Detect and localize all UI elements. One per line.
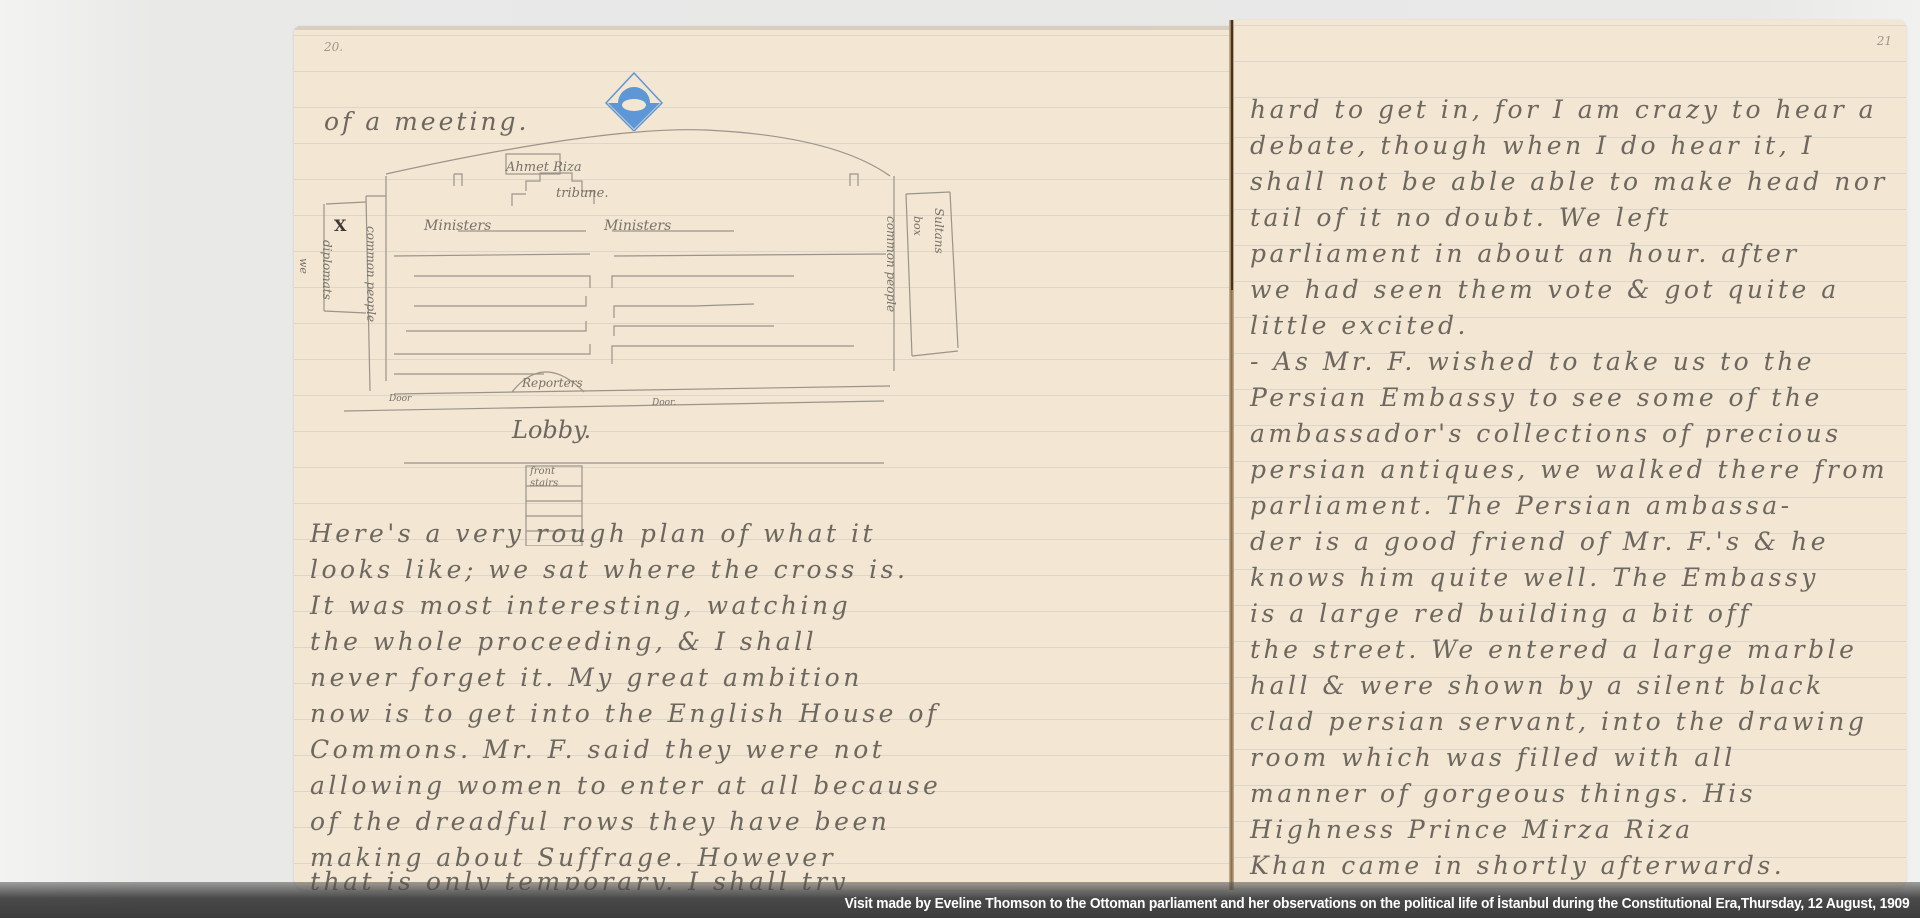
parliament-floor-plan-sketch: [294, 26, 1229, 546]
text-line: room which was filled with all: [1250, 740, 1888, 776]
sketch-label-lobby: Lobby.: [512, 416, 591, 444]
sketch-label-door-left: Door: [389, 394, 411, 404]
sketch-label-door-right: Door.: [652, 398, 676, 408]
text-line: we had seen them vote & got quite a: [1250, 272, 1888, 308]
text-line: shall not be able able to make head nor: [1250, 164, 1888, 200]
image-caption: Visit made by Eveline Thomson to the Ott…: [845, 895, 1910, 912]
text-line: is a large red building a bit off: [1250, 596, 1888, 632]
text-line: manner of gorgeous things. His: [1250, 776, 1888, 812]
right-page-text: hard to get in, for I am crazy to hear a…: [1250, 92, 1888, 888]
text-line: der is a good friend of Mr. F.'s & he: [1250, 524, 1888, 560]
text-line: little excited.: [1250, 308, 1888, 344]
text-line: Here's a very rough plan of what it: [310, 516, 941, 552]
text-line: debate, though when I do hear it, I: [1250, 128, 1888, 164]
sketch-label-common-people-left: common people: [364, 226, 378, 322]
image-caption-bar: Visit made by Eveline Thomson to the Ott…: [0, 882, 1920, 918]
right-page: 21 hard to get in, for I am crazy to hea…: [1234, 20, 1906, 888]
text-line: hall & were shown by a silent black: [1250, 668, 1888, 704]
text-line: It was most interesting, watching: [310, 588, 941, 624]
text-line: Khan came in shortly afterwards.: [1250, 848, 1888, 884]
sketch-label-president: Ahmet Riza: [506, 160, 582, 175]
text-line: of the dreadful rows they have been: [310, 804, 941, 840]
text-line: never forget it. My great ambition: [310, 660, 941, 696]
text-line: - As Mr. F. wished to take us to the: [1250, 344, 1888, 380]
text-line: Persian Embassy to see some of the: [1250, 380, 1888, 416]
sketch-label-reporters: Reporters: [522, 376, 583, 390]
text-line: Commons. Mr. F. said they were not: [310, 732, 941, 768]
text-line: parliament. The Persian ambassa-: [1250, 488, 1888, 524]
left-page-text: Here's a very rough plan of what it look…: [310, 516, 941, 890]
sketch-label-sultans: Sultans: [932, 208, 946, 254]
open-diary-spread: 20. of a meeting.: [280, 18, 1630, 890]
text-line: tail of it no doubt. We left: [1250, 200, 1888, 236]
sketch-label-diplomats: diplomats: [320, 240, 334, 300]
cross-mark: X: [334, 216, 346, 235]
text-line: clad persian servant, into the drawing: [1250, 704, 1888, 740]
text-line: now is to get into the English House of: [310, 696, 941, 732]
sketch-label-ministers-right: Ministers: [604, 218, 671, 234]
page-number: 21: [1877, 34, 1892, 48]
sketch-label-tribune: tribune.: [556, 186, 609, 201]
image-viewer: 20. of a meeting.: [0, 0, 1920, 918]
sketch-label-we: we: [297, 258, 310, 274]
text-line: the street. We entered a large marble: [1250, 632, 1888, 668]
sketch-label-front-stairs: front stairs: [530, 466, 578, 490]
text-line: Highness Prince Mirza Riza: [1250, 812, 1888, 848]
text-line: hard to get in, for I am crazy to hear a: [1250, 92, 1888, 128]
text-line: parliament in about an hour. after: [1250, 236, 1888, 272]
text-line: persian antiques, we walked there from: [1250, 452, 1888, 488]
text-line: knows him quite well. The Embassy: [1250, 560, 1888, 596]
text-line: looks like; we sat where the cross is.: [310, 552, 941, 588]
text-line: allowing women to enter at all because: [310, 768, 941, 804]
sketch-label-box: box: [911, 216, 924, 236]
spine-shadow: [1231, 20, 1233, 290]
sketch-label-ministers-left: Ministers: [424, 218, 491, 234]
sketch-label-common-people-right: common people: [884, 216, 898, 312]
text-line: the whole proceeding, & I shall: [310, 624, 941, 660]
left-page: 20. of a meeting.: [294, 26, 1229, 890]
text-line: ambassador's collections of precious: [1250, 416, 1888, 452]
